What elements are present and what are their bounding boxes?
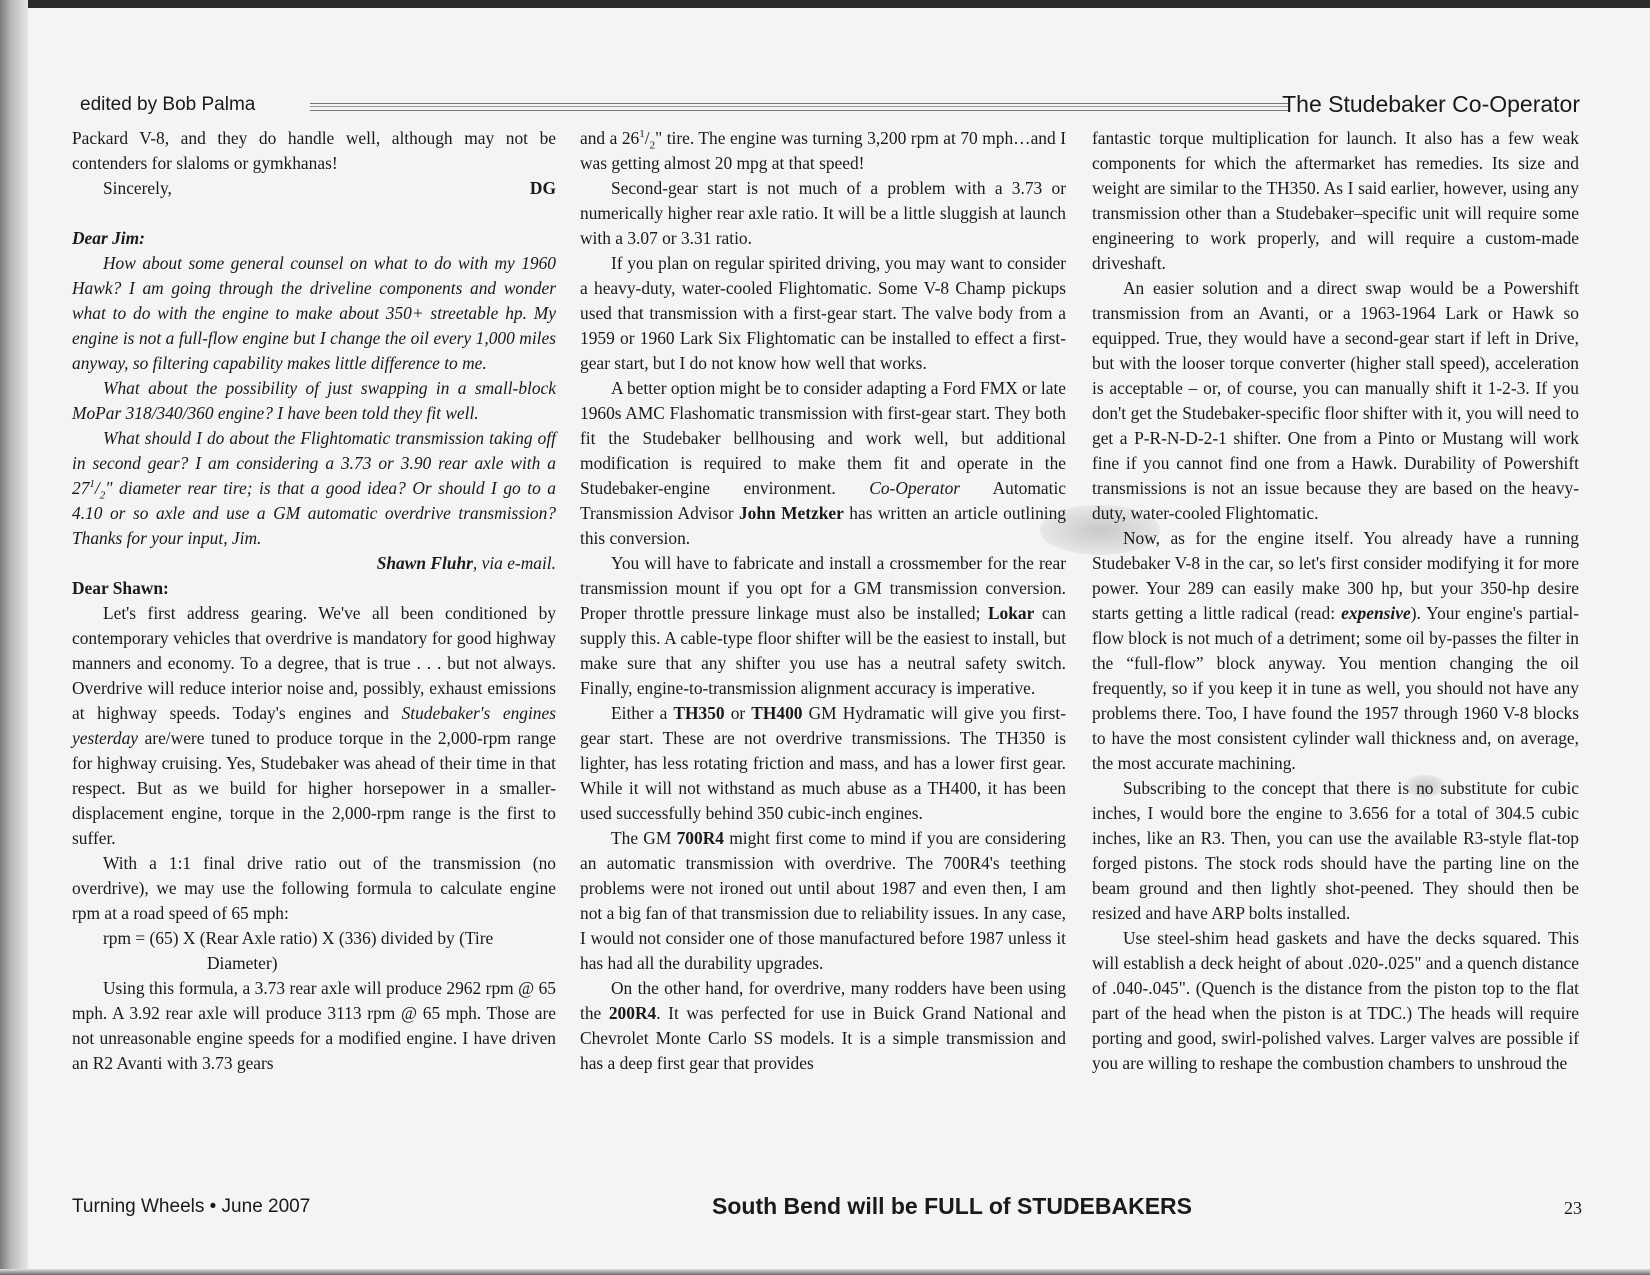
editor-credit: edited by Bob Palma bbox=[80, 94, 255, 116]
paragraph: and a 261/2" tire. The engine was turnin… bbox=[580, 126, 1066, 176]
article-column-3: fantastic torque multiplication for laun… bbox=[1092, 126, 1579, 1076]
paragraph: Now, as for the engine itself. You alrea… bbox=[1092, 526, 1579, 776]
paragraph: If you plan on regular spirited driving,… bbox=[580, 251, 1066, 376]
article-column-1: Packard V-8, and they do handle well, al… bbox=[72, 126, 556, 1076]
paragraph: On the other hand, for overdrive, many r… bbox=[580, 976, 1066, 1076]
reply-paragraph: Using this formula, a 3.73 rear axle wil… bbox=[72, 976, 556, 1076]
paragraph: fantastic torque multiplication for laun… bbox=[1092, 126, 1579, 276]
paragraph: Either a TH350 or TH400 GM Hydramatic wi… bbox=[580, 701, 1066, 826]
signoff-initials: DG bbox=[530, 176, 556, 201]
scan-bottom-edge bbox=[0, 1269, 1650, 1275]
rpm-formula: rpm = (65) X (Rear Axle ratio) X (336) d… bbox=[72, 926, 556, 976]
paragraph: An easier solution and a direct swap wou… bbox=[1092, 276, 1579, 526]
reply-paragraph: Let's first address gearing. We've all b… bbox=[72, 601, 556, 851]
article-column-2: and a 261/2" tire. The engine was turnin… bbox=[580, 126, 1066, 1076]
page-footer: Turning Wheels • June 2007 South Bend wi… bbox=[72, 1196, 1582, 1226]
letter-paragraph: What about the possibility of just swapp… bbox=[72, 376, 556, 426]
scan-top-edge bbox=[0, 0, 1650, 8]
paragraph: The GM 700R4 might first come to mind if… bbox=[580, 826, 1066, 976]
publication-title: The Studebaker Co-Operator bbox=[1282, 91, 1580, 118]
advisor-name: John Metzker bbox=[739, 503, 844, 523]
paragraph: Second-gear start is not much of a probl… bbox=[580, 176, 1066, 251]
vendor-name: Lokar bbox=[988, 603, 1034, 623]
letter-salutation: Dear Jim: bbox=[72, 226, 556, 251]
letter-paragraph: What should I do about the Flightomatic … bbox=[72, 426, 556, 551]
footer-slogan: South Bend will be FULL of STUDEBAKERS bbox=[712, 1193, 1192, 1220]
signoff-text: Sincerely, bbox=[103, 176, 172, 201]
paragraph: A better option might be to consider ada… bbox=[580, 376, 1066, 551]
letter-author: Shawn Fluhr bbox=[377, 553, 473, 573]
scan-binding-shadow bbox=[0, 0, 28, 1275]
header-rule bbox=[310, 103, 1290, 111]
reply-paragraph: With a 1:1 final drive ratio out of the … bbox=[72, 851, 556, 926]
magazine-issue: Turning Wheels • June 2007 bbox=[72, 1196, 310, 1218]
paragraph: You will have to fabricate and install a… bbox=[580, 551, 1066, 701]
page-header: edited by Bob Palma The Studebaker Co-Op… bbox=[78, 94, 1580, 124]
letter-paragraph: How about some general counsel on what t… bbox=[72, 251, 556, 376]
paragraph: Packard V-8, and they do handle well, al… bbox=[72, 126, 556, 176]
paragraph: Subscribing to the concept that there is… bbox=[1092, 776, 1579, 926]
letter-signature: Shawn Fluhr, via e-mail. bbox=[72, 551, 556, 576]
reply-salutation: Dear Shawn: bbox=[72, 576, 556, 601]
paragraph: Use steel-shim head gaskets and have the… bbox=[1092, 926, 1579, 1076]
signoff: Sincerely, DG bbox=[72, 176, 556, 201]
page-number: 23 bbox=[1564, 1198, 1582, 1219]
